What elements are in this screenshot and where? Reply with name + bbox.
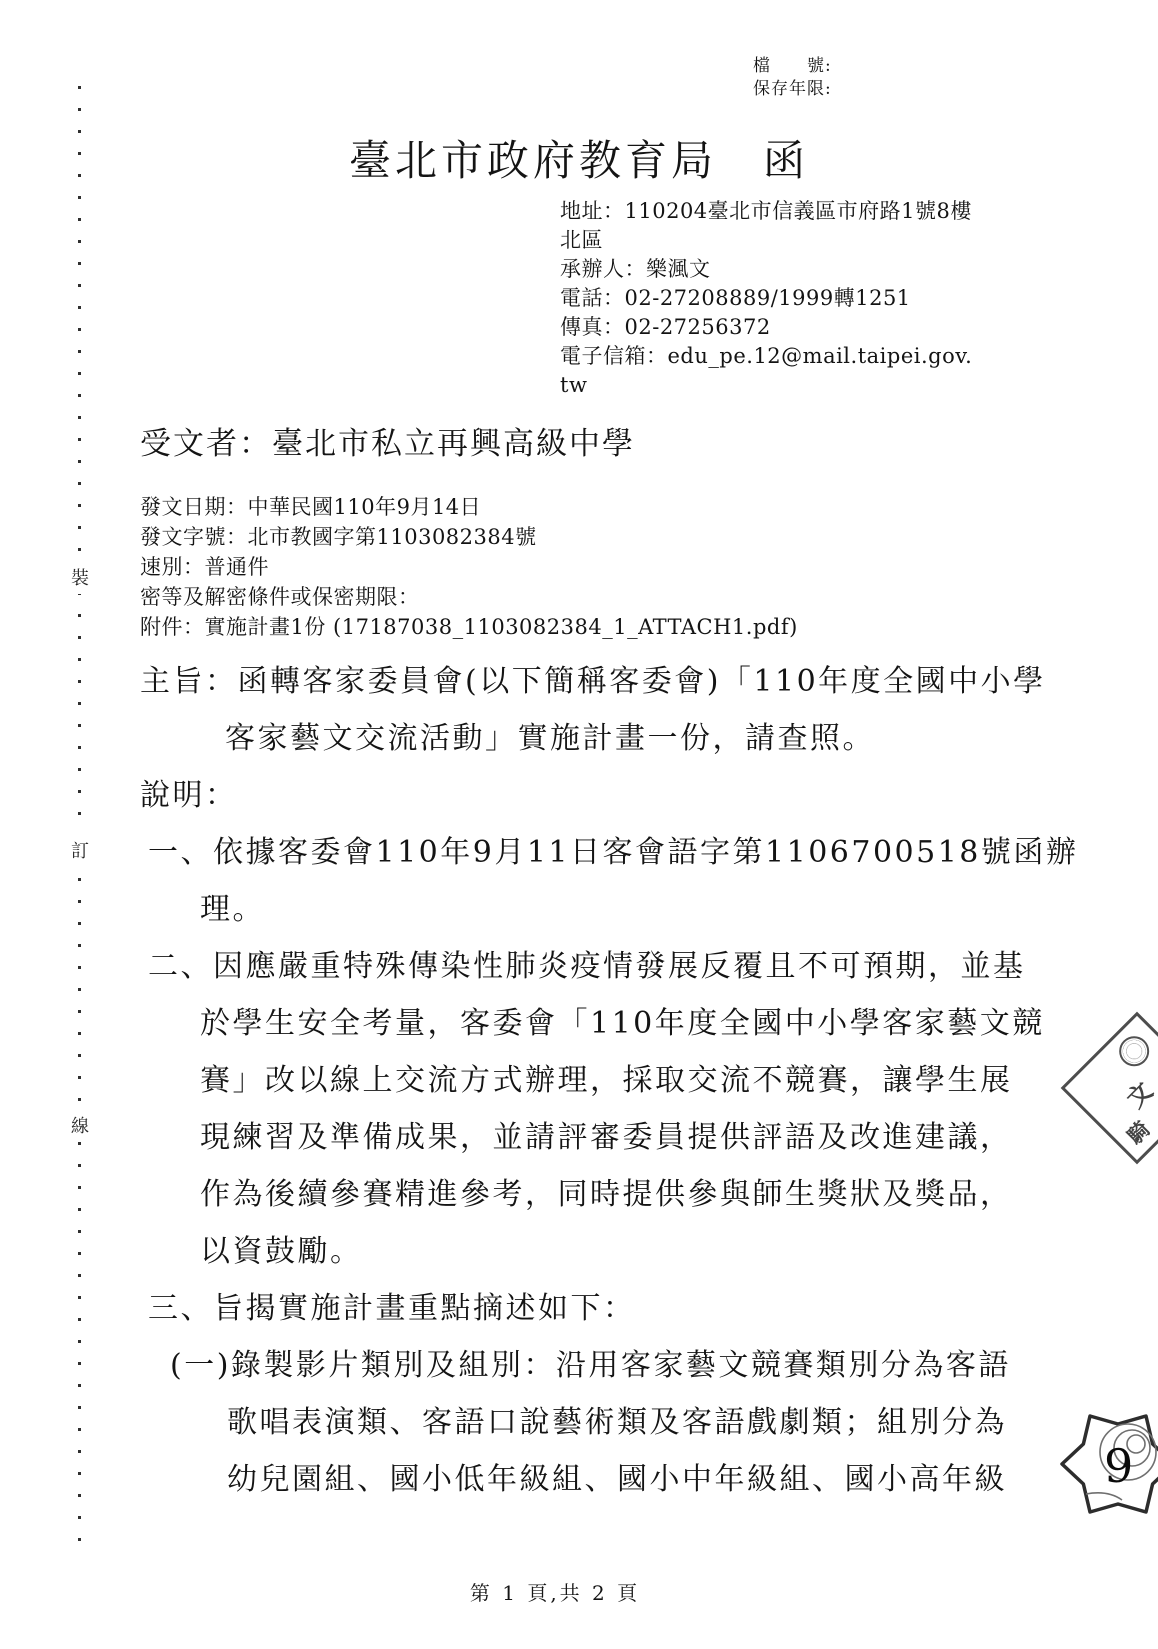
issue-date-line: 發文日期：中華民國110年9月14日 [140,492,798,522]
attachment-line: 附件：實施計畫1份 (17187038_1103082384_1_ATTACH1… [140,612,798,642]
item-2-line-6: 以資鼓勵。 [0,1223,1110,1280]
issue-number-line: 發文字號：北市教國字第1103082384號 [140,522,798,552]
subject-line-2: 客家藝文交流活動」實施計畫一份，請查照。 [0,710,1110,767]
flower-page-stamp: 9 [1056,1398,1158,1542]
page-footer: 第 1 頁,共 2 頁 [0,1577,1110,1606]
flower-stamp-icon: 9 [1056,1398,1158,1538]
binding-mark-zhuang: 裝 [68,560,92,594]
sender-email-line1: 電子信箱：edu_pe.12@mail.taipei.gov. [560,342,972,371]
item-1-line-1: 一、依據客委會110年9月11日客會語字第1106700518號函辦 [0,824,1110,881]
file-number-label: 檔 號: [753,55,832,78]
explanation-label: 說明： [0,767,1110,824]
sender-fax: 傳真：02-27256372 [560,313,972,342]
seam-stamp-char-2: 騎 [1120,1114,1156,1150]
sender-address-line2: 北區 [560,226,972,255]
item-1-line-2: 理。 [0,881,1110,938]
sender-address-line1: 地址：110204臺北市信義區市府路1號8樓 [560,197,972,226]
sender-email-line2: tw [560,371,972,400]
sub-item-1-line-3: 幼兒園組、國小低年級組、國小中年級組、國小高年級 [0,1451,1110,1508]
archive-labels: 檔 號: 保存年限: [753,55,832,101]
document-meta-block: 發文日期：中華民國110年9月14日 發文字號：北市教國字第1103082384… [140,492,798,642]
item-2-line-5: 作為後續參賽精進參考，同時提供參與師生獎狀及獎品， [0,1166,1110,1223]
recipient-line: 受文者：臺北市私立再興高級中學 [140,418,635,463]
item-2-line-1: 二、因應嚴重特殊傳染性肺炎疫情發展反覆且不可預期，並基 [0,938,1110,995]
sender-contact-person: 承辦人：樂渢文 [560,255,972,284]
seal-emblem-icon [1113,1030,1155,1072]
sender-phone: 電話：02-27208889/1999轉1251 [560,284,972,313]
subject-line-1: 主旨：函轉客家委員會(以下簡稱客委會)「110年度全國中小學 [0,653,1110,710]
security-class-line: 密等及解密條件或保密期限： [140,582,798,612]
document-title: 臺北市政府教育局 函 [0,128,1158,188]
seam-stamp-char-1: 文 [1117,1072,1158,1114]
sub-item-1-line-1: (一)錄製影片類別及組別：沿用客家藝文競賽類別分為客語 [0,1337,1110,1394]
item-2-line-4: 現練習及準備成果，並請評審委員提供評語及改進建議， [0,1109,1110,1166]
sender-contact-block: 地址：110204臺北市信義區市府路1號8樓 北區 承辦人：樂渢文 電話：02-… [560,197,972,400]
item-2-line-3: 賽」改以線上交流方式辦理，採取交流不競賽，讓學生展 [0,1052,1110,1109]
item-3-line-1: 三、旨揭實施計畫重點摘述如下： [0,1280,1110,1337]
letter-body: 主旨：函轉客家委員會(以下簡稱客委會)「110年度全國中小學 客家藝文交流活動」… [0,653,1110,1508]
official-letter-page: 裝 訂 線 檔 號: 保存年限: 臺北市政府教育局 函 地址：110204臺北市… [0,0,1158,1649]
speed-class-line: 速別：普通件 [140,552,798,582]
retention-period-label: 保存年限: [753,78,832,101]
page-number-stamp: 9 [1104,1439,1133,1493]
sub-item-1-line-2: 歌唱表演類、客語口說藝術類及客語戲劇類；組別分為 [0,1394,1110,1451]
item-2-line-2: 於學生安全考量，客委會「110年度全國中小學客家藝文競 [0,995,1110,1052]
